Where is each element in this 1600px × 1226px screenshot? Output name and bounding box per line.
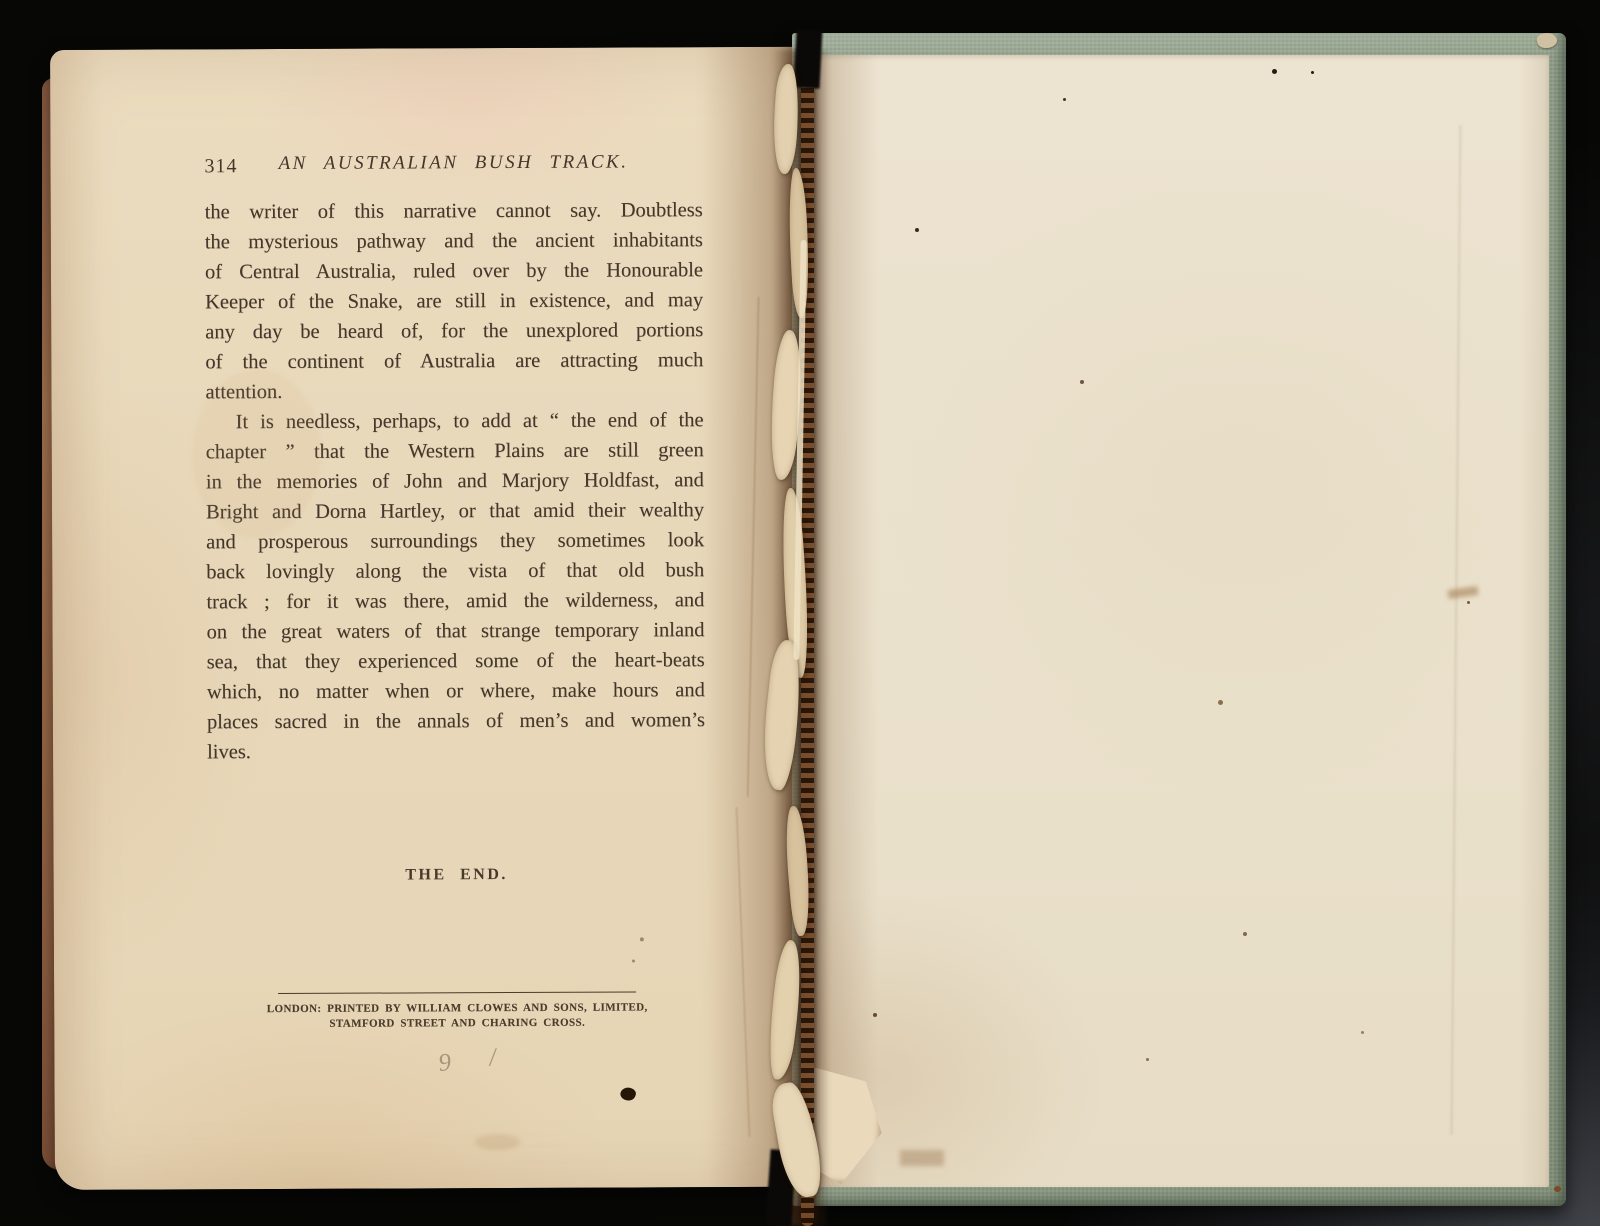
stain-smudge: [900, 1150, 944, 1166]
text-line: of Central Australia, ruled over by the …: [205, 255, 703, 287]
foxing-spot: [1554, 1186, 1561, 1192]
foxing-spot: [632, 959, 635, 962]
text-line: of the continent of Australia are attrac…: [205, 345, 703, 377]
imprint-line-2: STAMFORD STREET AND CHARING CROSS.: [208, 1015, 706, 1032]
text-line: back lovingly along the vista of that ol…: [206, 555, 704, 587]
imprint-rule: [278, 991, 636, 994]
foxing-spot: [1243, 932, 1247, 936]
foxing-spot: [873, 1013, 877, 1017]
text-line: on the great waters of that strange temp…: [206, 615, 704, 647]
foxing-spot: [1272, 69, 1277, 74]
foxing-spot: [1311, 71, 1314, 74]
stain-smudge: [191, 369, 322, 540]
the-end-label: THE END.: [208, 865, 706, 885]
foxing-spot: [640, 937, 644, 941]
text-line: sea, that they experienced some of the h…: [207, 645, 705, 677]
page-number: 314: [204, 155, 237, 178]
running-title: AN AUSTRALIAN BUSH TRACK.: [204, 151, 702, 175]
text-line: lives.: [207, 735, 705, 767]
foxing-spot: [1063, 98, 1066, 101]
gutter-dark-gap: [794, 29, 823, 88]
endpaper-crease: [1451, 125, 1462, 1135]
text-line: track ; for it was there, amid the wilde…: [206, 585, 704, 617]
book-photo-stage: 314 AN AUSTRALIAN BUSH TRACK. the writer…: [0, 0, 1600, 1226]
text-line: any day be heard of, for the unexplored …: [205, 315, 703, 347]
ink-blot: [619, 1085, 638, 1102]
text-line: the mysterious pathway and the ancient i…: [205, 225, 703, 257]
text-line: the writer of this narrative cannot say.…: [205, 195, 703, 227]
text-line: Keeper of the Snake, are still in existe…: [205, 285, 703, 317]
stain-smudge: [475, 1134, 521, 1150]
foxing-spot: [1080, 380, 1084, 384]
text-line: which, no matter when or where, make hou…: [207, 675, 705, 707]
right-endpaper: [812, 55, 1549, 1187]
foxing-spot: [915, 228, 919, 232]
left-page: 314 AN AUSTRALIAN BUSH TRACK. the writer…: [50, 47, 803, 1190]
stain-smudge: [1448, 586, 1479, 599]
foxing-spot: [1146, 1058, 1149, 1061]
foxing-spot: [1467, 601, 1470, 604]
printer-imprint: LONDON: PRINTED BY WILLIAM CLOWES AND SO…: [208, 991, 706, 1032]
page-header: 314 AN AUSTRALIAN BUSH TRACK.: [204, 151, 702, 183]
foxing-spot: [1361, 1031, 1364, 1034]
pencil-mark: 9 /: [437, 1042, 513, 1078]
foxing-spot: [1218, 700, 1223, 705]
imprint-line-1: LONDON: PRINTED BY WILLIAM CLOWES AND SO…: [208, 1000, 706, 1017]
text-line: places sacred in the annals of men’s and…: [207, 705, 705, 737]
